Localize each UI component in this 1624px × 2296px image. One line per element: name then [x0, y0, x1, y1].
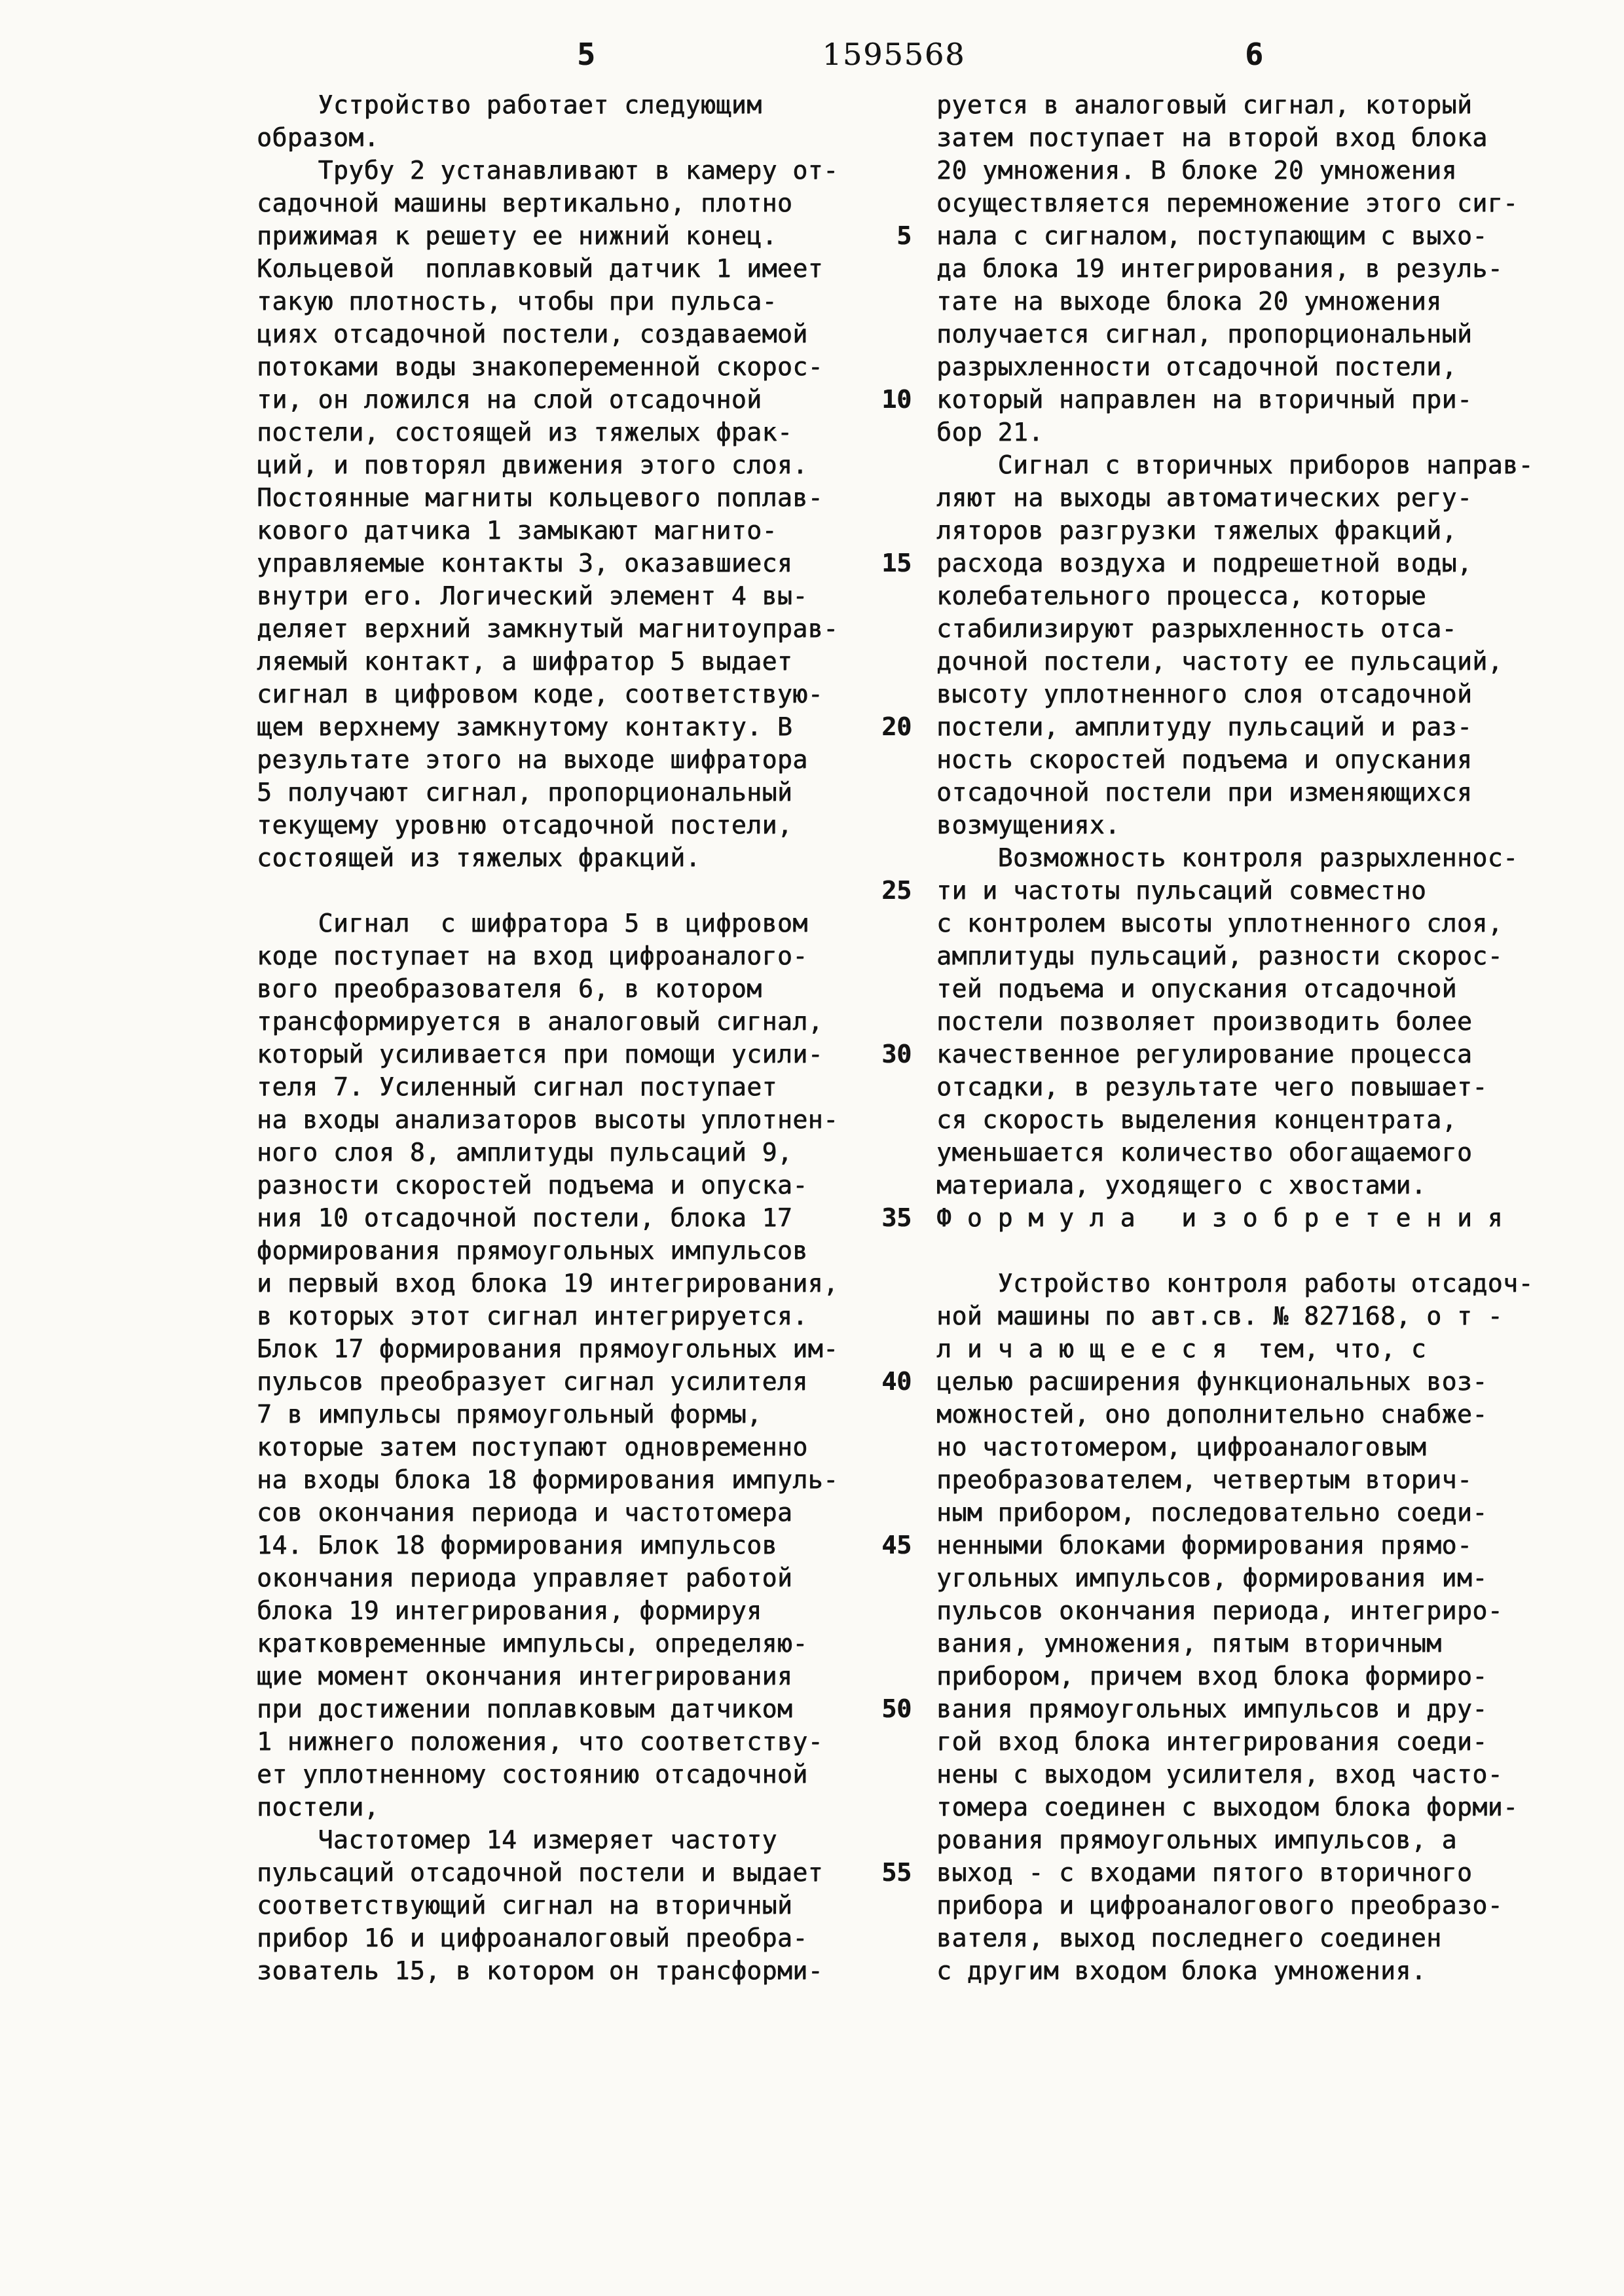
gutter-line-number: 50 — [846, 1692, 912, 1725]
text-line: ти, он ложился на слой отсадочной — [257, 383, 838, 416]
text-line: рования прямоугольных импульсов, а — [936, 1823, 1534, 1856]
gutter-line-number: 55 — [846, 1856, 912, 1889]
text-line: Постоянные магниты кольцевого поплав- — [257, 481, 838, 514]
text-line: в которых этот сигнал интегрируется. — [257, 1300, 838, 1332]
text-line: постели позволяет производить более — [936, 1005, 1534, 1038]
text-line: постели, состоящей из тяжелых фрак- — [257, 416, 838, 448]
text-line: Ф о р м у л а и з о б р е т е н и я — [936, 1201, 1534, 1234]
text-line: с другим входом блока умножения. — [936, 1954, 1534, 1987]
text-line: отсадочной постели при изменяющихся — [936, 776, 1534, 809]
text-line: с контролем высоты уплотненного слоя, — [936, 907, 1534, 939]
text-line: ти и частоты пульсаций совместно — [936, 874, 1534, 907]
text-line: вания, умножения, пятым вторичным — [936, 1627, 1534, 1660]
text-line: разрыхленности отсадочной постели, — [936, 350, 1534, 383]
text-line: дочной постели, частоту ее пульсаций, — [936, 645, 1534, 678]
text-line: Трубу 2 устанавливают в камеру от- — [257, 154, 838, 187]
gutter-line-number: 35 — [846, 1201, 912, 1234]
text-line: Возможность контроля разрыхленнос- — [936, 841, 1534, 874]
gutter-line-numbers: 510152025303540455055 — [846, 0, 912, 2296]
text-line: вателя, выход последнего соединен — [936, 1922, 1534, 1954]
text-line: пульсов преобразует сигнал усилителя — [257, 1365, 838, 1398]
text-line: текущему уровню отсадочной постели, — [257, 809, 838, 841]
text-line: садочной машины вертикально, плотно — [257, 187, 838, 219]
text-line: и первый вход блока 19 интегрирования, — [257, 1267, 838, 1300]
text-line: щие момент окончания интегрирования — [257, 1660, 838, 1692]
text-line: уменьшается количество обогащаемого — [936, 1136, 1534, 1169]
text-line: возмущениях. — [936, 809, 1534, 841]
text-line: бор 21. — [936, 416, 1534, 448]
gutter-line-number: 30 — [846, 1038, 912, 1070]
text-line: да блока 19 интегрирования, в резуль- — [936, 252, 1534, 285]
text-line: такую плотность, чтобы при пульса- — [257, 285, 838, 318]
text-line: который направлен на вторичный при- — [936, 383, 1534, 416]
text-line: результате этого на выходе шифратора — [257, 743, 838, 776]
right-column: руется в аналоговый сигнал, которыйзатем… — [936, 88, 1534, 1987]
text-line: состоящей из тяжелых фракций. — [257, 841, 838, 874]
text-line: сов окончания периода и частотомера — [257, 1496, 838, 1529]
text-line: расхода воздуха и подрешетной воды, — [936, 547, 1534, 579]
text-line: прижимая к решету ее нижний конец. — [257, 219, 838, 252]
text-line: вания прямоугольных импульсов и дру- — [936, 1692, 1534, 1725]
text-line: ной машины по авт.св. № 827168, о т - — [936, 1300, 1534, 1332]
text-line: разности скоростей подъема и опуска- — [257, 1169, 838, 1201]
text-line: ность скоростей подъема и опускания — [936, 743, 1534, 776]
patent-document-page: 5 1595568 6 Устройство работает следующи… — [0, 0, 1624, 2296]
text-line: постели, — [257, 1791, 838, 1823]
text-line: 1 нижнего положения, что соответству- — [257, 1725, 838, 1758]
gutter-line-number: 5 — [846, 219, 912, 252]
gutter-line-number: 20 — [846, 710, 912, 743]
gutter-line-number: 40 — [846, 1365, 912, 1398]
text-line: ляторов разгрузки тяжелых фракций, — [936, 514, 1534, 547]
text-line: получается сигнал, пропорциональный — [936, 318, 1534, 350]
text-line: блока 19 интегрирования, формируя — [257, 1594, 838, 1627]
text-line: затем поступает на второй вход блока — [936, 121, 1534, 154]
left-column: Устройство работает следующимобразом. Тр… — [257, 88, 838, 1987]
text-line: Блок 17 формирования прямоугольных им- — [257, 1332, 838, 1365]
text-line: потоками воды знакопеременной скорос- — [257, 350, 838, 383]
text-line: амплитуды пульсаций, разности скорос- — [936, 939, 1534, 972]
text-line: Сигнал с вторичных приборов направ- — [936, 448, 1534, 481]
text-line: вого преобразователя 6, в котором — [257, 972, 838, 1005]
text-line: нены с выходом усилителя, вход часто- — [936, 1758, 1534, 1791]
text-line: Кольцевой поплавковый датчик 1 имеет — [257, 252, 838, 285]
text-line: формирования прямоугольных импульсов — [257, 1234, 838, 1267]
text-line: гой вход блока интегрирования соеди- — [936, 1725, 1534, 1758]
text-line: на входы анализаторов высоты уплотнен- — [257, 1103, 838, 1136]
text-line: материала, уходящего с хвостами. — [936, 1169, 1534, 1201]
text-line: л и ч а ю щ е е с я тем, что, с — [936, 1332, 1534, 1365]
text-line: Частотомер 14 измеряет частоту — [257, 1823, 838, 1856]
text-line: зователь 15, в котором он трансформи- — [257, 1954, 838, 1987]
text-line: при достижении поплавковым датчиком — [257, 1692, 838, 1725]
text-line: внутри его. Логический элемент 4 вы- — [257, 579, 838, 612]
text-line: на входы блока 18 формирования импуль- — [257, 1463, 838, 1496]
text-line: пульсов окончания периода, интегриро- — [936, 1594, 1534, 1627]
text-line: осуществляется перемножение этого сиг- — [936, 187, 1534, 219]
text-line: руется в аналоговый сигнал, который — [936, 88, 1534, 121]
text-line: 7 в импульсы прямоугольный формы, — [257, 1398, 838, 1430]
text-line — [936, 1234, 1534, 1267]
text-line: угольных импульсов, формирования им- — [936, 1561, 1534, 1594]
text-line: томера соединен с выходом блока форми- — [936, 1791, 1534, 1823]
text-line: ет уплотненному состоянию отсадочной — [257, 1758, 838, 1791]
gutter-line-number: 25 — [846, 874, 912, 907]
text-line: 5 получают сигнал, пропорциональный — [257, 776, 838, 809]
text-line: качественное регулирование процесса — [936, 1038, 1534, 1070]
text-line: соответствующий сигнал на вторичный — [257, 1889, 838, 1922]
text-line: ного слоя 8, амплитуды пульсаций 9, — [257, 1136, 838, 1169]
text-line: ляют на выходы автоматических регу- — [936, 481, 1534, 514]
page-number-left: 5 — [530, 37, 642, 72]
text-line: тате на выходе блока 20 умножения — [936, 285, 1534, 318]
text-line: стабилизируют разрыхленность отса- — [936, 612, 1534, 645]
text-line: Сигнал с шифратора 5 в цифровом — [257, 907, 838, 939]
text-line: трансформируется в аналоговый сигнал, — [257, 1005, 838, 1038]
gutter-line-number: 15 — [846, 547, 912, 579]
text-line: которые затем поступают одновременно — [257, 1430, 838, 1463]
text-line: прибора и цифроаналогового преобразо- — [936, 1889, 1534, 1922]
text-line: сигнал в цифровом коде, соответствую- — [257, 678, 838, 710]
gutter-line-number: 10 — [846, 383, 912, 416]
text-line: целью расширения функциональных воз- — [936, 1365, 1534, 1398]
text-line: кратковременные импульсы, определяю- — [257, 1627, 838, 1660]
text-line: тей подъема и опускания отсадочной — [936, 972, 1534, 1005]
text-line: ся скорость выделения концентрата, — [936, 1103, 1534, 1136]
text-line: который усиливается при помощи усили- — [257, 1038, 838, 1070]
text-line — [257, 874, 838, 907]
text-line: кового датчика 1 замыкают магнито- — [257, 514, 838, 547]
text-line: можностей, оно дополнительно снабже- — [936, 1398, 1534, 1430]
text-line: пульсаций отсадочной постели и выдает — [257, 1856, 838, 1889]
text-line: теля 7. Усиленный сигнал поступает — [257, 1070, 838, 1103]
text-line: постели, амплитуду пульсаций и раз- — [936, 710, 1534, 743]
text-line: ненными блоками формирования прямо- — [936, 1529, 1534, 1561]
text-line: ляемый контакт, а шифратор 5 выдает — [257, 645, 838, 678]
text-line: выход - с входами пятого вторичного — [936, 1856, 1534, 1889]
text-line: нала с сигналом, поступающим с выхо- — [936, 219, 1534, 252]
text-line: коде поступает на вход цифроаналого- — [257, 939, 838, 972]
text-line: окончания периода управляет работой — [257, 1561, 838, 1594]
text-line: колебательного процесса, которые — [936, 579, 1534, 612]
text-line: Устройство контроля работы отсадоч- — [936, 1267, 1534, 1300]
text-line: отсадки, в результате чего повышает- — [936, 1070, 1534, 1103]
text-line: прибор 16 и цифроаналоговый преобра- — [257, 1922, 838, 1954]
text-line: но частотомером, цифроаналоговым — [936, 1430, 1534, 1463]
text-line: циях отсадочной постели, создаваемой — [257, 318, 838, 350]
text-line: ций, и повторял движения этого слоя. — [257, 448, 838, 481]
text-line: образом. — [257, 121, 838, 154]
text-line: преобразователем, четвертым вторич- — [936, 1463, 1534, 1496]
page-number-right: 6 — [1198, 37, 1310, 72]
text-line: 20 умножения. В блоке 20 умножения — [936, 154, 1534, 187]
text-line: щем верхнему замкнутому контакту. В — [257, 710, 838, 743]
text-line: прибором, причем вход блока формиро- — [936, 1660, 1534, 1692]
text-line: ния 10 отсадочной постели, блока 17 — [257, 1201, 838, 1234]
text-line: Устройство работает следующим — [257, 88, 838, 121]
text-line: высоту уплотненного слоя отсадочной — [936, 678, 1534, 710]
text-line: 14. Блок 18 формирования импульсов — [257, 1529, 838, 1561]
text-line: деляет верхний замкнутый магнитоуправ- — [257, 612, 838, 645]
gutter-line-number: 45 — [846, 1529, 912, 1561]
text-line: ным прибором, последовательно соеди- — [936, 1496, 1534, 1529]
text-line: управляемые контакты 3, оказавшиеся — [257, 547, 838, 579]
